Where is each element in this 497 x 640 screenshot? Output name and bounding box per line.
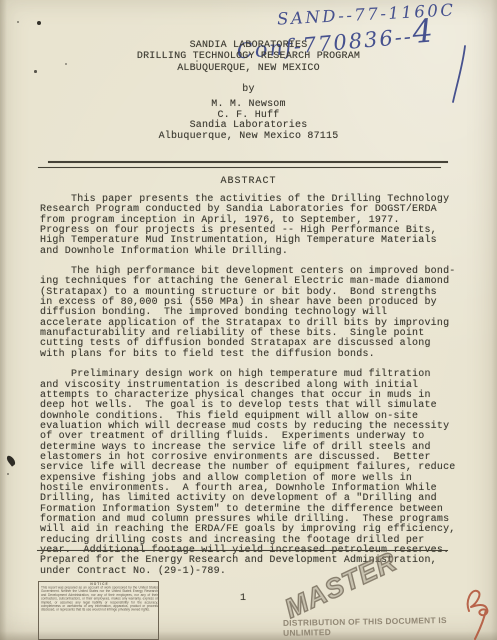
notice-box: NOTICE This report was prepared as an ac… bbox=[38, 581, 159, 640]
author-line: M. M. Newsom bbox=[0, 100, 497, 111]
scan-speck bbox=[7, 473, 9, 475]
abstract-paragraph-3: Preliminary design work on high temperat… bbox=[40, 370, 455, 556]
report-title: SANDIA LABORATORIES DRILLING TECHNOLOGY … bbox=[0, 40, 497, 74]
title-line-organization: SANDIA LABORATORIES bbox=[0, 40, 497, 51]
abstract-heading: ABSTRACT bbox=[0, 176, 497, 187]
notice-body: This report was prepared as an account o… bbox=[41, 586, 158, 612]
divider-double-top bbox=[48, 161, 448, 163]
page-number: 1 bbox=[240, 593, 246, 604]
divider-double-bottom bbox=[38, 167, 441, 169]
scan-speck bbox=[37, 21, 41, 25]
notice-content: NOTICE This report was prepared as an ac… bbox=[39, 582, 159, 612]
title-line-location: ALBUQUERQUE, NEW MEXICO bbox=[0, 63, 497, 74]
ink-mark bbox=[5, 454, 17, 466]
scanned-report-page: SAND--77-1160C Conf-770836--4 SANDIA LAB… bbox=[0, 0, 497, 640]
author-block: M. M. Newsom C. F. Huff Sandia Laborator… bbox=[0, 100, 497, 142]
abstract-body: This paper presents the activities of th… bbox=[40, 195, 455, 566]
handwritten-initials bbox=[461, 585, 495, 640]
title-line-program: DRILLING TECHNOLOGY RESEARCH PROGRAM bbox=[0, 51, 497, 62]
author-address: Albuquerque, New Mexico 87115 bbox=[0, 132, 497, 143]
abstract-paragraph-2: The high performance bit development cen… bbox=[40, 267, 455, 360]
abstract-paragraph-1: This paper presents the activities of th… bbox=[40, 195, 455, 257]
byline: by bbox=[0, 84, 497, 95]
scan-speck bbox=[17, 21, 19, 23]
